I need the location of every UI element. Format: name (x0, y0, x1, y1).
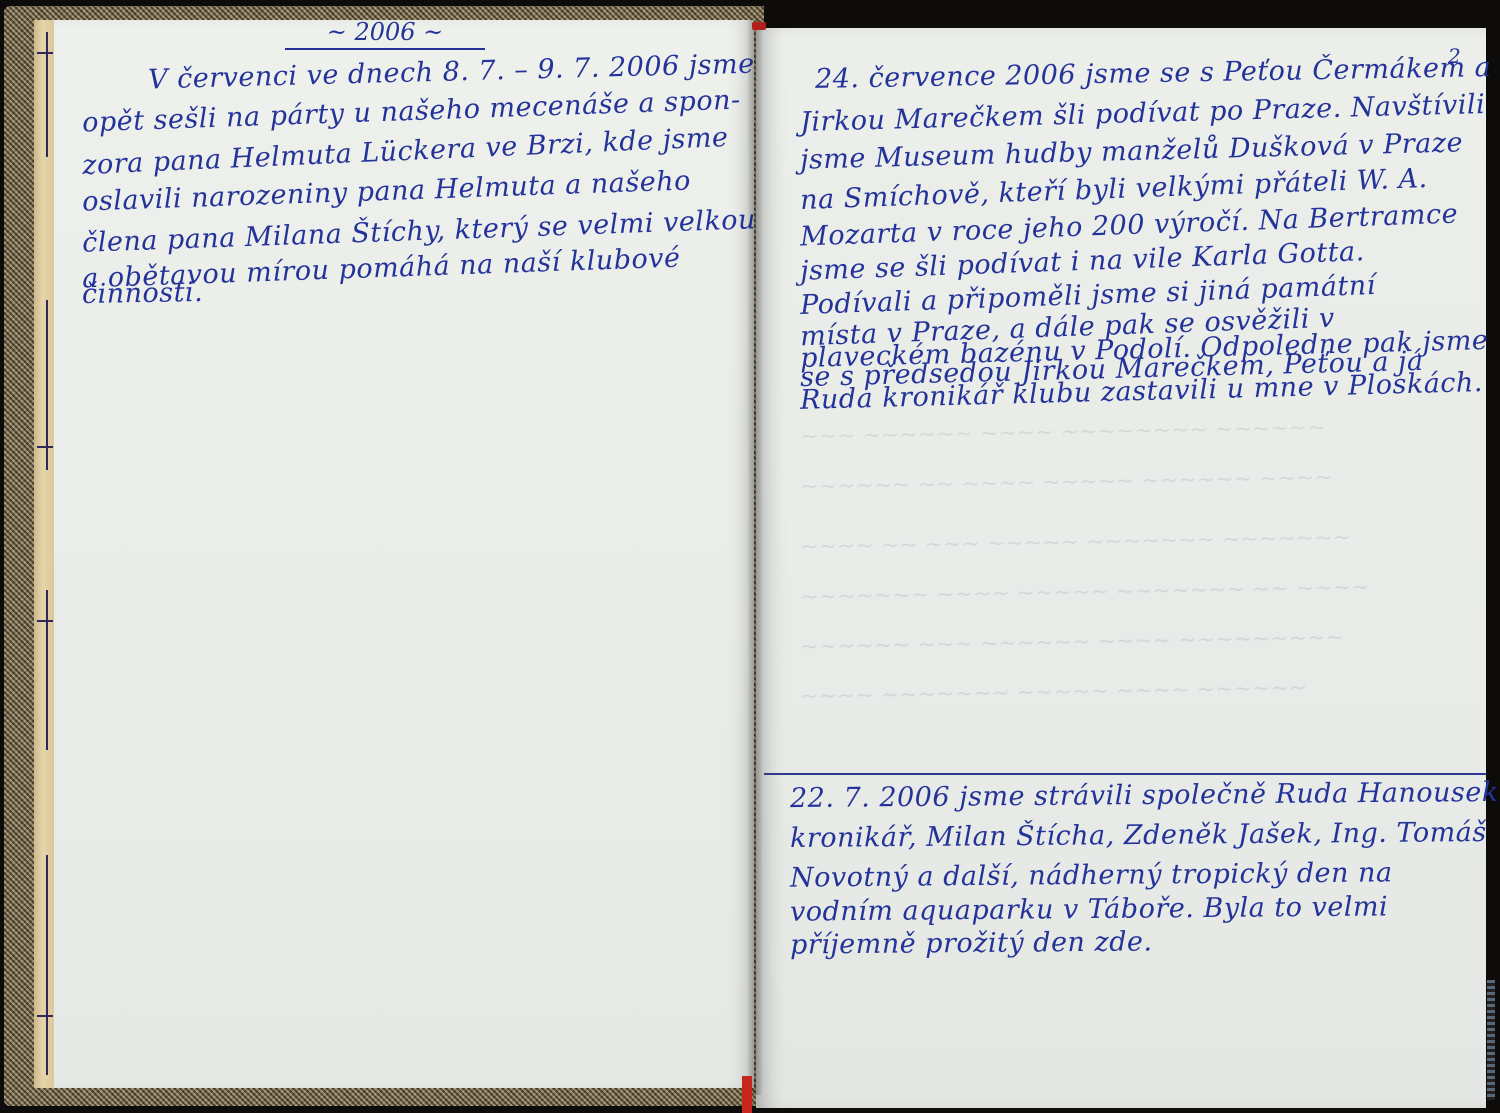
entry-divider-line (764, 773, 1486, 775)
book-gutter (748, 20, 762, 1095)
spine-endpaper (34, 20, 56, 1088)
bookmark-ribbon-top (752, 22, 766, 30)
handwritten-line: kronikář, Milan Štícha, Zdeněk Jašek, In… (790, 819, 1487, 852)
bookmark-ribbon (742, 1076, 752, 1113)
year-heading: ~ 2006 ~ (285, 18, 485, 50)
handwritten-line: vodním aquaparku v Táboře. Byla to velmi (790, 893, 1388, 925)
archive-stamp (1487, 980, 1495, 1100)
spine-stitch (46, 590, 48, 750)
spine-stitch-tick (37, 1015, 53, 1017)
spine-stitch-tick (37, 52, 53, 54)
spine-stitch (46, 855, 48, 1075)
open-chronicle-book: ~ 2006 ~ V červenci ve dnech 8. 7. – 9. … (0, 0, 1500, 1113)
handwritten-line: 22. 7. 2006 jsme strávili společně Ruda … (790, 779, 1499, 812)
spine-stitch-tick (37, 620, 53, 622)
spine-stitch (46, 300, 48, 470)
spine-stitch (46, 32, 48, 157)
handwritten-line: činnosti. (82, 279, 204, 308)
handwritten-line: příjemně prožitý den zde. (790, 928, 1153, 958)
spine-stitch-tick (37, 446, 53, 448)
handwritten-line: Novotný a další, nádherný tropický den n… (790, 859, 1393, 891)
